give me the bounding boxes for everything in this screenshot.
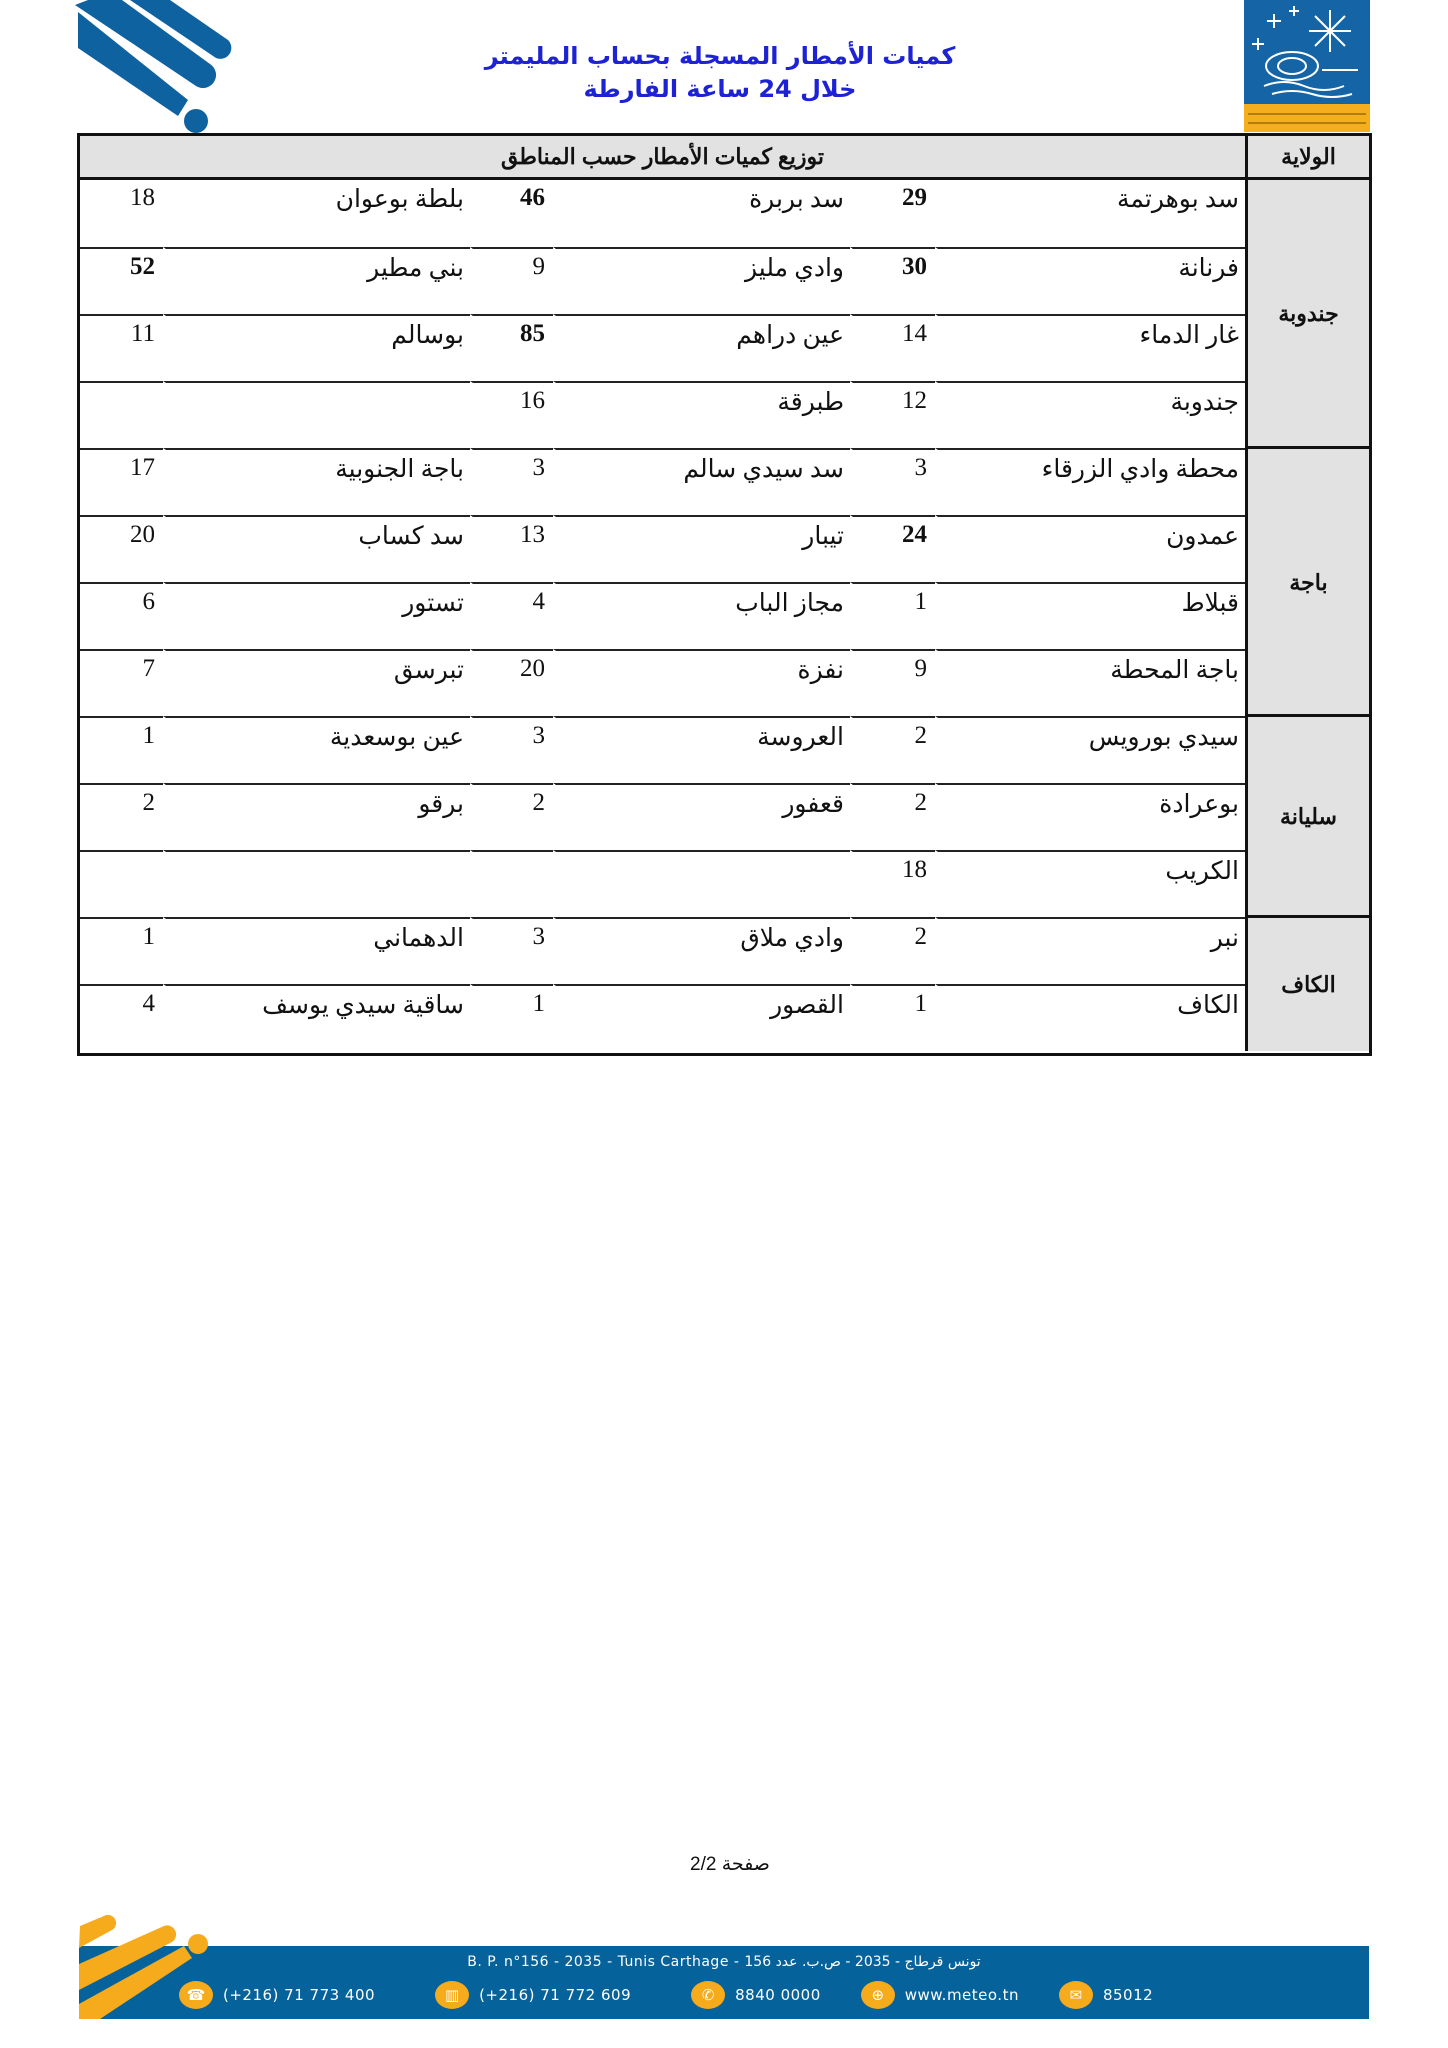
station-name-cell: نفزة: [553, 649, 850, 716]
value-cell: 2: [850, 783, 935, 850]
footer-band: B. P. n°156 - 2035 - Tunis Carthage - تو…: [79, 1946, 1369, 2019]
value-cell: 29: [850, 180, 935, 247]
footer-contact-text[interactable]: www.meteo.tn: [905, 1986, 1019, 2004]
footer-contact-item: ✉85012: [1059, 1981, 1153, 2009]
value-cell: 24: [850, 515, 935, 582]
value-cell: 1: [850, 582, 935, 649]
header-decoration-stripes: [70, 0, 250, 135]
footer-decoration-stripes: [60, 1912, 220, 2022]
station-name-cell: العروسة: [553, 716, 850, 783]
table-row: 7تبرسق20نفزة9باجة المحطة: [80, 649, 1245, 716]
station-name-cell: القصور: [553, 984, 850, 1051]
footer-contact-text: (+216) 71 773 400: [223, 1986, 375, 2004]
station-name-cell: عمدون: [935, 515, 1245, 582]
station-name-cell: تيبار: [553, 515, 850, 582]
station-name-cell: ساقية سيدي يوسف: [163, 984, 470, 1051]
table-row: 18الكريب: [80, 850, 1245, 917]
value-cell: 3: [470, 448, 553, 515]
station-name-cell: باجة الجنوبية: [163, 448, 470, 515]
value-cell: 30: [850, 247, 935, 314]
value-cell: 18: [80, 180, 163, 247]
logo-caption-strip: [1244, 104, 1370, 132]
value-cell: 85: [470, 314, 553, 381]
value-cell: 1: [850, 984, 935, 1051]
station-name-cell: بلطة بوعوان: [163, 180, 470, 247]
value-cell: 12: [850, 381, 935, 448]
hotline-icon: ✆: [691, 1981, 725, 2009]
title-line-2: خلال 24 ساعة الفارطة: [420, 73, 1020, 106]
value-cell: 3: [470, 917, 553, 984]
value-cell: 13: [470, 515, 553, 582]
table-row: 16طبرقة12جندوبة: [80, 381, 1245, 448]
value-cell: 7: [80, 649, 163, 716]
globe-icon: ⊕: [861, 1981, 895, 2009]
value-cell: 52: [80, 247, 163, 314]
value-cell: 2: [80, 783, 163, 850]
value-cell: 2: [470, 783, 553, 850]
table-row: 20سد كساب13تيبار24عمدون: [80, 515, 1245, 582]
value-cell: [80, 381, 163, 448]
station-name-cell: بوسالم: [163, 314, 470, 381]
footer-contact-text: (+216) 71 772 609: [479, 1986, 631, 2004]
station-name-cell: جندوبة: [935, 381, 1245, 448]
station-name-cell: [163, 850, 470, 917]
footer-contact-text: 85012: [1103, 1986, 1153, 2004]
value-cell: 1: [80, 917, 163, 984]
fax-icon: ▥: [435, 1981, 469, 2009]
station-name-cell: فرنانة: [935, 247, 1245, 314]
station-name-cell: الكريب: [935, 850, 1245, 917]
table-row: 52بني مطير9وادي مليز30فرنانة: [80, 247, 1245, 314]
station-name-cell: نبر: [935, 917, 1245, 984]
value-cell: 18: [850, 850, 935, 917]
station-name-cell: الدهماني: [163, 917, 470, 984]
table-row: 18بلطة بوعوان46سد بربرة29سد بوهرتمة: [80, 180, 1245, 247]
table-row: 2برقو2قعفور2بوعرادة: [80, 783, 1245, 850]
footer-contacts: ☎(+216) 71 773 400▥(+216) 71 772 609✆884…: [179, 1980, 1181, 2010]
table-row: 6تستور4مجاز الباب1قبلاط: [80, 582, 1245, 649]
value-cell: 1: [80, 716, 163, 783]
table-row: 4ساقية سيدي يوسف1القصور1الكاف: [80, 984, 1245, 1051]
station-name-cell: باجة المحطة: [935, 649, 1245, 716]
value-cell: 16: [470, 381, 553, 448]
station-name-cell: سد سيدي سالم: [553, 448, 850, 515]
station-name-cell: غار الدماء: [935, 314, 1245, 381]
value-cell: 3: [470, 716, 553, 783]
station-name-cell: [163, 381, 470, 448]
wilaya-cell: جندوبة: [1245, 180, 1369, 448]
station-name-cell: وادي ملاق: [553, 917, 850, 984]
table-row: 11بوسالم85عين دراهم14غار الدماء: [80, 314, 1245, 381]
institute-logo: [1244, 0, 1370, 132]
table-row: 1الدهماني3وادي ملاق2نبر: [80, 917, 1245, 984]
title-line-1: كميات الأمطار المسجلة بحساب المليمتر: [420, 40, 1020, 73]
wilaya-cell: باجة: [1245, 446, 1369, 716]
header-distribution: توزيع كميات الأمطار حسب المناطق: [80, 136, 1245, 177]
value-cell: 9: [470, 247, 553, 314]
station-name-cell: عين بوسعدية: [163, 716, 470, 783]
rainfall-table: توزيع كميات الأمطار حسب المناطق الولاية …: [77, 133, 1372, 1056]
station-name-cell: سد بوهرتمة: [935, 180, 1245, 247]
footer-contact-item: ⊕www.meteo.tn: [861, 1981, 1019, 2009]
station-name-cell: مجاز الباب: [553, 582, 850, 649]
table-row: 1عين بوسعدية3العروسة2سيدي بورويس: [80, 716, 1245, 783]
footer-contact-item: ▥(+216) 71 772 609: [435, 1981, 631, 2009]
page-number: صفحة 2/2: [600, 1853, 860, 1876]
wilaya-cell: سليانة: [1245, 714, 1369, 917]
station-name-cell: سد كساب: [163, 515, 470, 582]
station-name-cell: برقو: [163, 783, 470, 850]
snowflake-star-icon: [1244, 0, 1370, 104]
station-name-cell: تبرسق: [163, 649, 470, 716]
sms-icon: ✉: [1059, 1981, 1093, 2009]
value-cell: 2: [850, 917, 935, 984]
wilaya-cell: الكاف: [1245, 915, 1369, 1051]
value-cell: [470, 850, 553, 917]
station-name-cell: قعفور: [553, 783, 850, 850]
value-cell: 20: [80, 515, 163, 582]
table-header-row: توزيع كميات الأمطار حسب المناطق الولاية: [80, 136, 1369, 180]
footer-contact-item: ✆8840 0000: [691, 1981, 821, 2009]
station-name-cell: قبلاط: [935, 582, 1245, 649]
station-name-cell: بني مطير: [163, 247, 470, 314]
logo-emblem: [1244, 0, 1370, 104]
station-name-cell: طبرقة: [553, 381, 850, 448]
station-name-cell: تستور: [163, 582, 470, 649]
header-wilaya: الولاية: [1245, 136, 1369, 177]
footer-address: B. P. n°156 - 2035 - Tunis Carthage - تو…: [79, 1954, 1369, 1970]
value-cell: 4: [470, 582, 553, 649]
value-cell: [80, 850, 163, 917]
value-cell: 17: [80, 448, 163, 515]
value-cell: 3: [850, 448, 935, 515]
document-title: كميات الأمطار المسجلة بحساب المليمتر خلا…: [420, 40, 1020, 106]
table-row: 17باجة الجنوبية3سد سيدي سالم3محطة وادي ا…: [80, 448, 1245, 515]
station-name-cell: الكاف: [935, 984, 1245, 1051]
value-cell: 6: [80, 582, 163, 649]
value-cell: 11: [80, 314, 163, 381]
station-name-cell: سيدي بورويس: [935, 716, 1245, 783]
station-name-cell: وادي مليز: [553, 247, 850, 314]
value-cell: 9: [850, 649, 935, 716]
station-name-cell: عين دراهم: [553, 314, 850, 381]
station-name-cell: [553, 850, 850, 917]
station-name-cell: بوعرادة: [935, 783, 1245, 850]
value-cell: 46: [470, 180, 553, 247]
footer-contact-text: 8840 0000: [735, 1986, 821, 2004]
value-cell: 2: [850, 716, 935, 783]
value-cell: 14: [850, 314, 935, 381]
value-cell: 20: [470, 649, 553, 716]
value-cell: 1: [470, 984, 553, 1051]
value-cell: 4: [80, 984, 163, 1051]
station-name-cell: سد بربرة: [553, 180, 850, 247]
station-name-cell: محطة وادي الزرقاء: [935, 448, 1245, 515]
